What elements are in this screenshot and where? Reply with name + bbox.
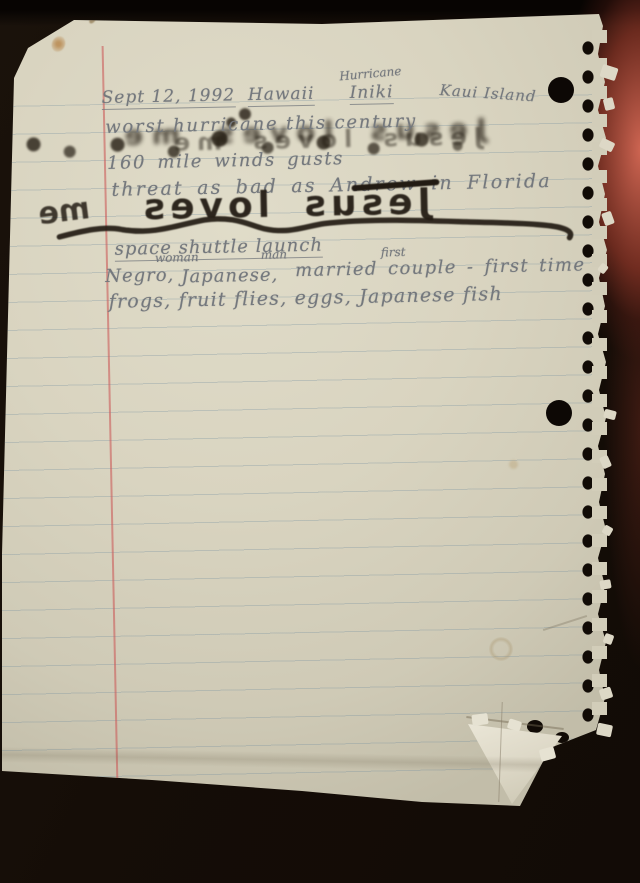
- crew-annotation-man: man: [261, 247, 288, 262]
- punch-hole-top: [548, 77, 574, 103]
- crew-name-1: Negro,: [105, 265, 175, 287]
- crew-annotation-first: first: [381, 245, 406, 259]
- paper-tab: [599, 579, 611, 590]
- paper-tab: [603, 97, 616, 111]
- line-space-shuttle-text: space shuttle launch: [114, 235, 323, 262]
- hurricane-annotation: Hurricane: [339, 64, 402, 84]
- hurricane-name-text: Iniki: [349, 82, 393, 105]
- handwriting-date: Sept 12, 1992: [101, 85, 235, 110]
- notebook-page: Jesus loves me Jesus loves me Sept 12, 1…: [2, 14, 614, 814]
- paper-tab: [539, 746, 557, 761]
- crew-annotation-woman: woman: [155, 250, 199, 265]
- torn-edge-fringe: [592, 30, 607, 718]
- ink-blotches: [0, 20, 6, 26]
- paper-tab: [599, 686, 614, 700]
- crew-name-2: Japanese,: [181, 265, 278, 288]
- handwriting-header: Sept 12, 1992 Hawaii: [101, 84, 314, 108]
- paper-tab: [471, 713, 488, 726]
- handwriting-location: Hawaii: [248, 84, 315, 107]
- stain: [509, 460, 518, 469]
- punch-hole-middle: [546, 400, 572, 426]
- stain: [489, 637, 513, 661]
- scanned-photo-background: Jesus loves me Jesus loves me Sept 12, 1…: [0, 0, 640, 883]
- paper-tab: [596, 723, 613, 738]
- line-space-shuttle: space shuttle launch: [114, 235, 323, 260]
- hurricane-name: Iniki: [349, 82, 393, 103]
- page-content: Jesus loves me Jesus loves me Sept 12, 1…: [0, 8, 628, 820]
